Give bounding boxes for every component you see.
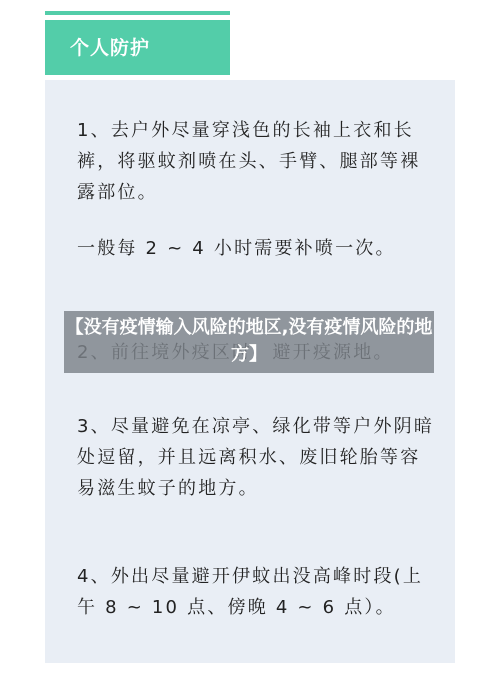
section-title: 个人防护 xyxy=(70,33,150,60)
header-accent-line xyxy=(45,11,230,15)
paragraph-1: 1、去户外尽量穿浅色的长袖上衣和长裤，将驱蚊剂喷在头、手臂、腿部等裸露部位。 xyxy=(77,115,439,208)
paragraph-reapply: 一般每 2 ~ 4 小时需要补喷一次。 xyxy=(77,233,439,264)
caption-text: 【没有疫情输入风险的地区,没有疫情风险的地方】 xyxy=(64,314,434,368)
paragraph-4: 4、外出尽量避开伊蚊出没高峰时段(上午 8 ~ 10 点、傍晚 4 ~ 6 点）… xyxy=(77,561,439,623)
caption-overlay: 【没有疫情输入风险的地区,没有疫情风险的地方】 xyxy=(64,311,434,373)
section-header: 个人防护 xyxy=(45,20,230,75)
paragraph-3: 3、尽量避免在凉亭、绿化带等户外阴暗处逗留，并且远离积水、废旧轮胎等容易滋生蚊子… xyxy=(77,411,439,504)
